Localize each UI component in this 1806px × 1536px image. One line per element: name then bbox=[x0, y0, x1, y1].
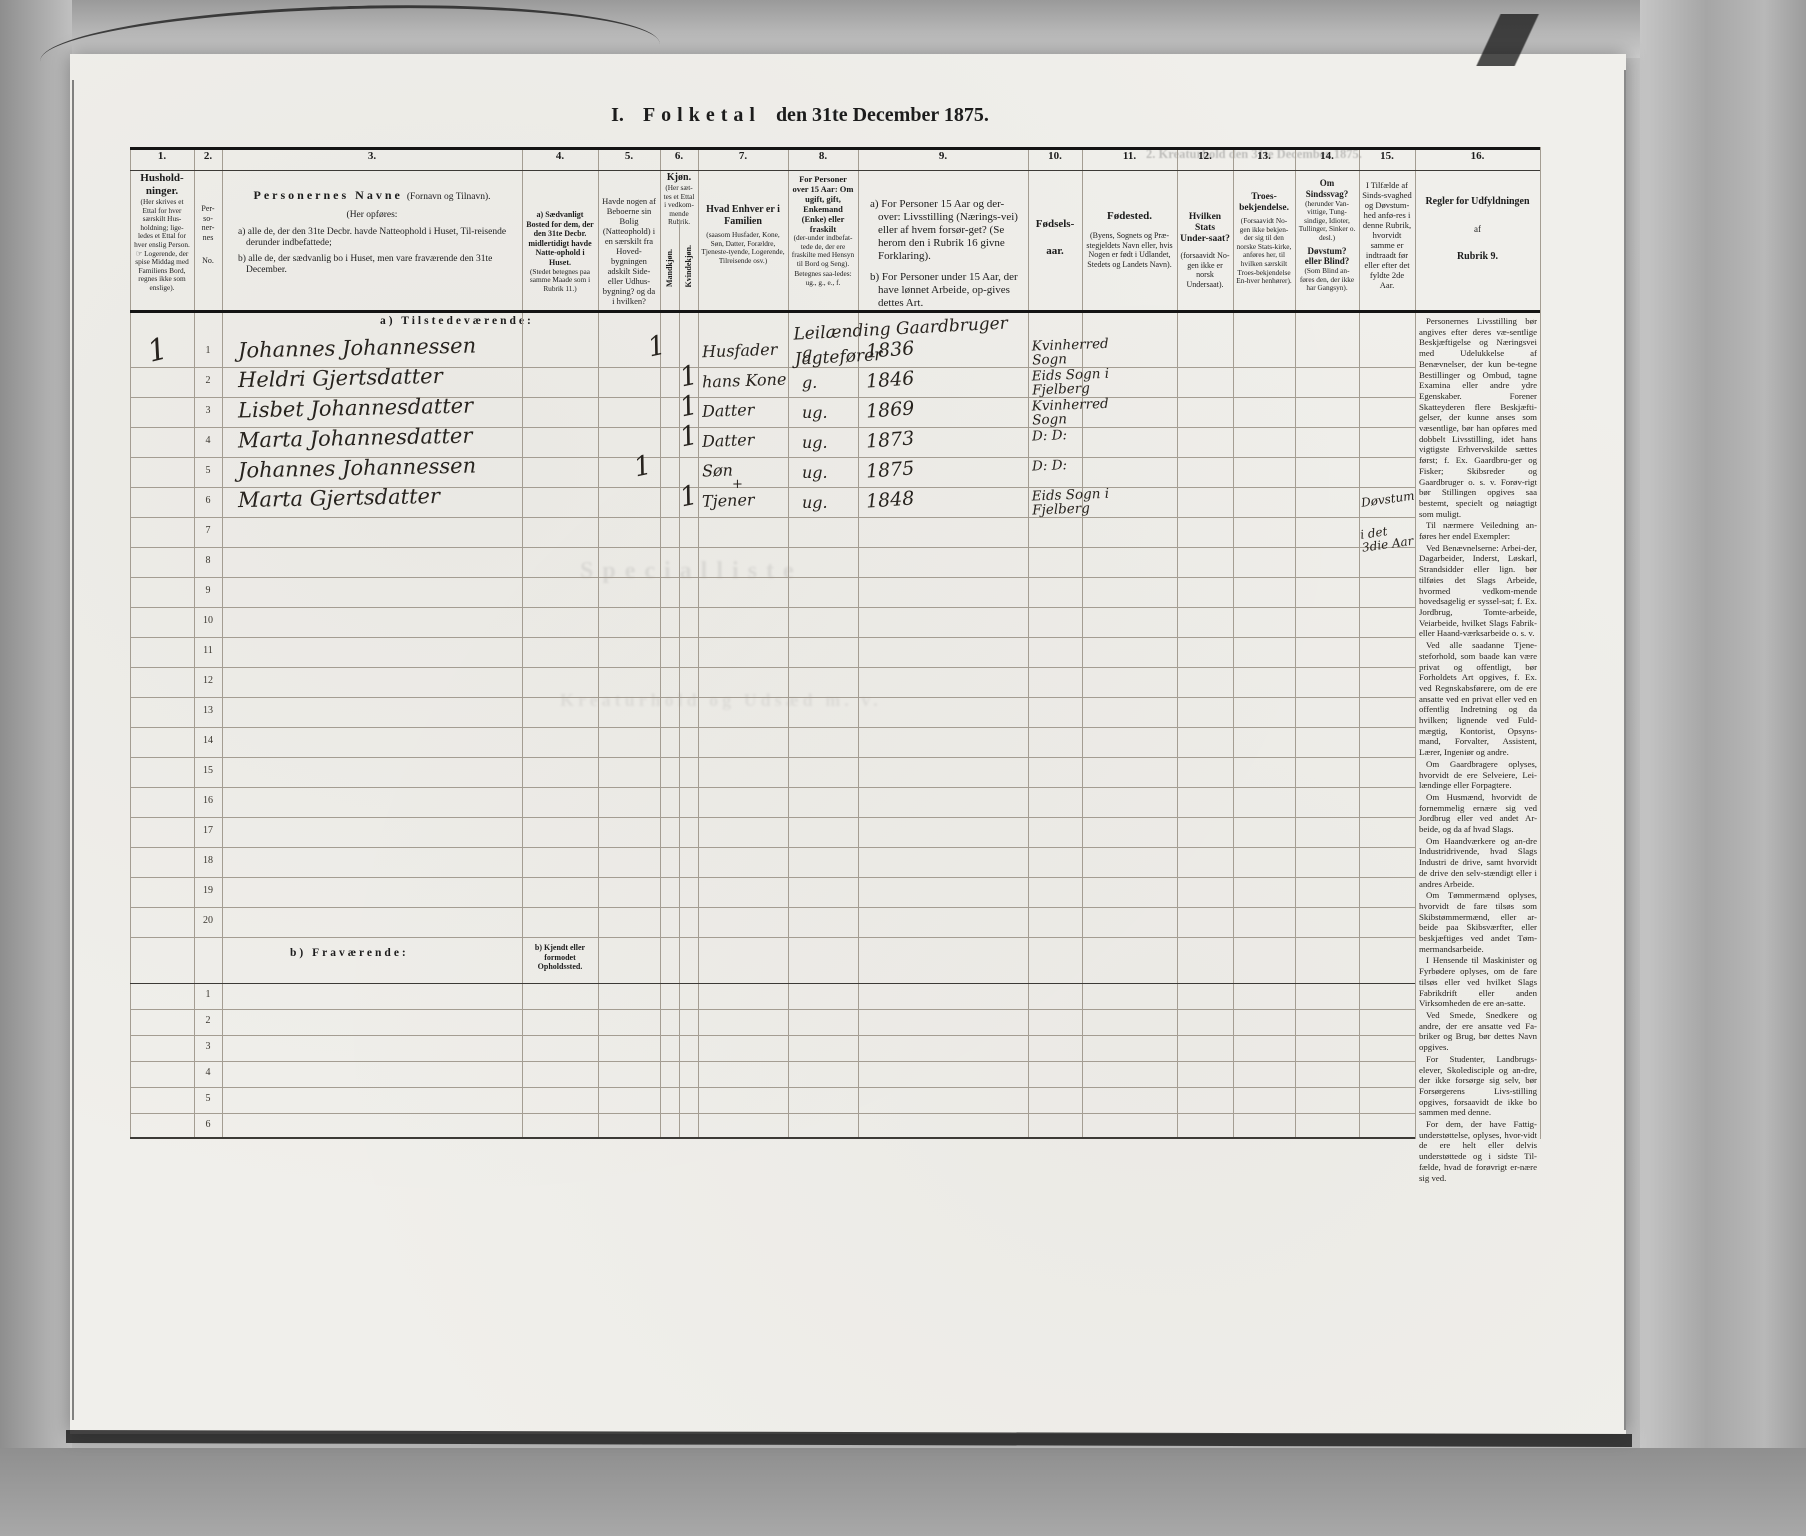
page-corner-artifact bbox=[1430, 14, 1580, 66]
row-number: 5 bbox=[194, 1093, 222, 1104]
grid-vline bbox=[1540, 147, 1541, 1139]
column-header-occupation: 9. a) For Personer 15 Aar og der-over: L… bbox=[858, 147, 1028, 310]
column-number: 2. bbox=[194, 150, 222, 162]
row-number: 11 bbox=[194, 645, 222, 656]
column-number: 15. bbox=[1359, 150, 1415, 162]
grid-hline bbox=[130, 1113, 1415, 1114]
column-title: aar. bbox=[1031, 245, 1079, 258]
birthplace: D: D: bbox=[1032, 457, 1116, 474]
rules-paragraph: Personernes Livsstilling bør angives eft… bbox=[1419, 316, 1537, 519]
rules-paragraph: Om Husmænd, hvorvidt de fornemmelig ernæ… bbox=[1419, 792, 1537, 835]
title-main: Folketal bbox=[643, 104, 761, 126]
grid-hline bbox=[130, 147, 1540, 150]
row-number: 6 bbox=[194, 1119, 222, 1130]
census-table: 1. Hushold-ninger. (Her skrives et Ettal… bbox=[130, 147, 1540, 1139]
row-number: 2 bbox=[194, 375, 222, 386]
column-title: Fødested. bbox=[1085, 210, 1174, 223]
column-title: nes bbox=[197, 233, 219, 243]
scan-border-bottom bbox=[0, 1448, 1806, 1536]
grid-vline bbox=[1177, 147, 1178, 1139]
column-number: 13. bbox=[1233, 150, 1295, 162]
grid-hline bbox=[130, 170, 1540, 171]
row-number: 5 bbox=[194, 465, 222, 476]
row-number: 3 bbox=[194, 405, 222, 416]
grid-vline bbox=[522, 147, 523, 1139]
column-title: ner- bbox=[197, 223, 219, 233]
column-note: b) For Personer under 15 Aar, der have l… bbox=[868, 271, 1018, 310]
sex-mark: 1 bbox=[677, 420, 700, 454]
grid-hline bbox=[130, 907, 1415, 908]
family-role: Datter bbox=[702, 430, 755, 451]
column-title: Fødsels- bbox=[1031, 218, 1079, 231]
section-b-residence-note: b) Kjendt eller formodet Opholdssted. bbox=[524, 943, 596, 972]
occupation: Leilænding Gaardbruger Jagtefører bbox=[793, 311, 1010, 372]
birth-year: 1873 bbox=[865, 427, 915, 452]
rules-paragraph: Ved alle saadanne Tjene-steforhold, som … bbox=[1419, 640, 1537, 758]
column-header-rules: 16. Regler for Udfyldningen af Rubrik 9. bbox=[1415, 147, 1540, 310]
row-number: 16 bbox=[194, 795, 222, 806]
page-title: I. Folketal den 31te December 1875. bbox=[450, 104, 1150, 127]
column-title: No. bbox=[197, 256, 219, 266]
column-header-outbuilding: 5. Havde nogen af Beboerne sin Bolig (Na… bbox=[598, 147, 660, 310]
grid-vline bbox=[130, 147, 131, 1139]
rules-paragraph: I Hensende til Maskinister og Fyrbødere … bbox=[1419, 955, 1537, 1009]
grid-vline bbox=[1295, 147, 1296, 1139]
rules-column-text: Personernes Livsstilling bør angives eft… bbox=[1419, 316, 1537, 1184]
row-number: 14 bbox=[194, 735, 222, 746]
grid-hline bbox=[130, 1009, 1415, 1010]
birth-year: 1869 bbox=[865, 397, 915, 422]
person-name: Marta Johannesdatter bbox=[238, 424, 473, 453]
scanned-census-page: I. Folketal den 31te December 1875. 2. K… bbox=[0, 0, 1806, 1536]
column-number: 6. bbox=[660, 150, 698, 162]
grid-vline bbox=[1028, 147, 1029, 1139]
row-number: 4 bbox=[194, 435, 222, 446]
column-header-usual-residence: 4. a) Sædvanligt Bosted for dem, der den… bbox=[522, 147, 598, 310]
grid-hline bbox=[130, 577, 1415, 578]
column-number: 12. bbox=[1177, 150, 1233, 162]
column-header-disability: 14. Om Sindssvag? (herunder Van-vittige,… bbox=[1295, 147, 1359, 310]
column-note: (forsaavidt No-gen ikke er norsk Undersa… bbox=[1180, 251, 1230, 289]
grid-vline bbox=[1359, 147, 1360, 1139]
column-header-family-position: 7. Hvad Enhver er i Familien (saasom Hus… bbox=[698, 147, 788, 310]
column-note: a) alle de, der den 31te Decbr. havde Na… bbox=[236, 227, 508, 249]
column-note: (Forsaavidt No-gen ikke bekjen-der sig t… bbox=[1236, 217, 1292, 286]
sex-mark: 1 bbox=[677, 360, 700, 394]
column-note: (Stedet betegnes paa samme Maade som i R… bbox=[525, 268, 595, 294]
household-number: 1 bbox=[144, 331, 171, 370]
grid-hline bbox=[130, 757, 1415, 758]
row-number: 6 bbox=[194, 495, 222, 506]
rules-paragraph: Om Gaardbragere oplyses, hvorvidt de ere… bbox=[1419, 759, 1537, 791]
column-title: Om Sindssvag? bbox=[1298, 178, 1356, 200]
column-header-creed: 13. Troes-bekjendelse. (Forsaavidt No-ge… bbox=[1233, 147, 1295, 310]
column-title: Døvstum? eller Blind? bbox=[1298, 246, 1356, 268]
sex-mark: 1 bbox=[645, 330, 668, 364]
column-header-marital-status: 8. For Personer over 15 Aar: Om ugift, g… bbox=[788, 147, 858, 310]
column-note: Betegnes saa-ledes: ug., g., e., f. bbox=[791, 270, 855, 287]
column-header-disability-onset: 15. I Tilfælde af Sinds-svaghed og Døvst… bbox=[1359, 147, 1415, 310]
marital-status: ug. bbox=[802, 433, 828, 452]
person-name: Johannes Johannessen bbox=[238, 454, 477, 483]
grid-hline bbox=[130, 847, 1415, 848]
person-name: Marta Gjertsdatter bbox=[238, 484, 440, 512]
column-note: ☞ Logerende, der spise Middag med Famili… bbox=[133, 250, 191, 293]
row-number: 4 bbox=[194, 1067, 222, 1078]
column-number: 4. bbox=[522, 150, 598, 162]
column-title: so- bbox=[197, 214, 219, 224]
grid-vline bbox=[679, 219, 680, 1139]
birthplace: Eids Sogn i Fjelberg bbox=[1032, 367, 1117, 398]
column-header-citizenship: 12. Hvilken Stats Under-saat? (forsaavid… bbox=[1177, 147, 1233, 310]
grid-vline bbox=[598, 147, 599, 1139]
column-note: a) For Personer 15 Aar og der-over: Livs… bbox=[868, 198, 1018, 263]
column-note: (der-under indbefat-tede de, der ere fra… bbox=[791, 234, 855, 268]
col15-note: i det 3die Aar bbox=[1359, 521, 1418, 555]
column-title: For Personer over 15 Aar: Om ugift, gift… bbox=[791, 174, 855, 234]
row-number: 9 bbox=[194, 585, 222, 596]
row-number: 19 bbox=[194, 885, 222, 896]
grid-hline bbox=[130, 727, 1415, 728]
grid-vline bbox=[1082, 147, 1083, 1139]
row-number: 3 bbox=[194, 1041, 222, 1052]
subcolumn-male: Mandkjøn. bbox=[660, 219, 679, 287]
column-number: 16. bbox=[1415, 150, 1540, 162]
column-title: I Tilfælde af Sinds-svaghed og Døvstum-h… bbox=[1362, 180, 1412, 290]
family-role: Datter bbox=[702, 400, 755, 421]
section-b-label: b) Fraværende: bbox=[290, 947, 409, 959]
column-number: 7. bbox=[698, 150, 788, 162]
rules-paragraph: Ved Benævnelserne: Arbei-der, Dagarbeide… bbox=[1419, 543, 1537, 639]
column-title: af bbox=[1418, 224, 1537, 235]
family-role: Tjener bbox=[702, 490, 755, 511]
person-name: Johannes Johannessen bbox=[238, 334, 477, 363]
rules-paragraph: For dem, der have Fattig-understøttelse,… bbox=[1419, 1119, 1537, 1183]
person-name: Heldri Gjertsdatter bbox=[238, 364, 443, 392]
column-number: 5. bbox=[598, 150, 660, 162]
grid-hline bbox=[130, 667, 1415, 668]
row-number: 18 bbox=[194, 855, 222, 866]
row-number: 1 bbox=[194, 345, 222, 356]
column-title: Hvad Enhver er i Familien bbox=[701, 204, 785, 228]
column-header-names: 3. Personernes Navne (Fornavn og Tilnavn… bbox=[222, 147, 522, 310]
column-number: 9. bbox=[858, 150, 1028, 162]
grid-hline bbox=[130, 1035, 1415, 1036]
column-note: (Her opføres: bbox=[236, 210, 508, 221]
row-number: 10 bbox=[194, 615, 222, 626]
column-title: (Fornavn og Tilnavn). bbox=[407, 192, 491, 202]
column-number: 8. bbox=[788, 150, 858, 162]
birthplace: D: D: bbox=[1032, 427, 1116, 444]
column-note: (Byens, Sognets og Præ-stegjeldets Navn … bbox=[1085, 231, 1174, 269]
birth-year: 1875 bbox=[865, 457, 915, 482]
row-number: 13 bbox=[194, 705, 222, 716]
family-role-mark: + bbox=[732, 477, 743, 492]
subcolumn-female: Kvindekjøn. bbox=[679, 219, 698, 287]
column-title: a) Sædvanligt Bosted for dem, der den 31… bbox=[525, 210, 595, 268]
rules-paragraph: Til nærmere Veiledning an-føres her ende… bbox=[1419, 520, 1537, 541]
row-number: 2 bbox=[194, 1015, 222, 1026]
row-number: 8 bbox=[194, 555, 222, 566]
title-prefix: I. bbox=[611, 104, 624, 126]
column-number: 14. bbox=[1295, 150, 1359, 162]
person-name: Lisbet Johannesdatter bbox=[238, 394, 474, 423]
marital-status: g. bbox=[802, 373, 817, 392]
column-title: Regler for Udfyldningen bbox=[1418, 196, 1537, 208]
grid-vline bbox=[1415, 147, 1416, 1139]
rules-paragraph: Om Haandværkere og an-dre Industridriven… bbox=[1419, 836, 1537, 890]
column-title: Hushold-ninger. bbox=[133, 172, 191, 198]
column-header-birth-year: 10. Fødsels- aar. bbox=[1028, 147, 1082, 310]
birthplace: Eids Sogn i Fjelberg bbox=[1032, 487, 1117, 518]
column-header-birthplace: 11. Fødested. (Byens, Sognets og Præ-ste… bbox=[1082, 147, 1177, 310]
marital-status: ug. bbox=[802, 463, 828, 482]
grid-vline bbox=[660, 147, 661, 1139]
column-note: (saasom Husfader, Kone, Søn, Datter, For… bbox=[701, 231, 785, 265]
grid-vline bbox=[222, 147, 223, 1139]
grid-hline bbox=[130, 607, 1415, 608]
family-role: Søn bbox=[702, 460, 734, 480]
column-number: 10. bbox=[1028, 150, 1082, 162]
family-role: Husfader bbox=[702, 340, 778, 362]
grid-vline bbox=[1233, 147, 1234, 1139]
sex-mark: 1 bbox=[631, 450, 654, 484]
rules-paragraph: For Studenter, Landbrugs-elever, Skoledi… bbox=[1419, 1054, 1537, 1118]
marital-status: ug. bbox=[802, 493, 828, 512]
column-note: (herunder Van-vittige, Tung-sindige, Idi… bbox=[1298, 200, 1356, 243]
grid-vline bbox=[858, 147, 859, 1139]
grid-hline bbox=[130, 877, 1415, 878]
col15-note: Døvstum bbox=[1360, 489, 1417, 510]
column-title: Troes-bekjendelse. bbox=[1236, 192, 1292, 214]
column-title: Personernes Navne bbox=[254, 188, 403, 202]
column-title: Rubrik 9. bbox=[1418, 251, 1537, 263]
column-header-person-no: 2. Per- so- ner- nes No. bbox=[194, 147, 222, 310]
grid-hline bbox=[130, 310, 1540, 313]
birthplace: Kvinherred Sogn bbox=[1032, 397, 1117, 428]
marital-status: ug. bbox=[802, 403, 828, 422]
subcolumn-label: Mandkjøn. bbox=[665, 249, 674, 287]
row-number: 17 bbox=[194, 825, 222, 836]
grid-hline bbox=[130, 1137, 1415, 1139]
column-number: 3. bbox=[222, 150, 522, 162]
sex-mark: 1 bbox=[677, 390, 700, 424]
column-note: (Som Blind an-føres den, der ikke har Ga… bbox=[1298, 267, 1356, 293]
title-rest: den 31te December 1875. bbox=[776, 104, 989, 126]
row-number: 12 bbox=[194, 675, 222, 686]
grid-hline bbox=[130, 517, 1415, 518]
grid-hline bbox=[130, 1087, 1415, 1088]
column-note: b) alle de, der sædvanlig bo i Huset, me… bbox=[236, 254, 508, 276]
grid-hline bbox=[130, 547, 1415, 548]
grid-hline bbox=[130, 983, 1415, 984]
subcolumn-label: Kvindekjøn. bbox=[684, 245, 693, 287]
grid-hline bbox=[130, 787, 1415, 788]
column-title: Havde nogen af Beboerne sin Bolig (Natte… bbox=[601, 196, 657, 306]
rules-paragraph: Ved Smede, Snedkere og andre, der ere an… bbox=[1419, 1010, 1537, 1053]
rules-paragraph: Om Tømmermænd oplyses, hvorvidt de fare … bbox=[1419, 890, 1537, 954]
birthplace: Kvinherred Sogn bbox=[1032, 337, 1117, 368]
grid-vline bbox=[788, 147, 789, 1139]
grid-hline bbox=[130, 697, 1415, 698]
grid-hline bbox=[130, 937, 1415, 938]
grid-vline bbox=[698, 147, 699, 1139]
scan-border-left bbox=[0, 0, 72, 1536]
row-number: 7 bbox=[194, 525, 222, 536]
grid-hline bbox=[130, 1061, 1415, 1062]
column-note: (Her skrives et Ettal for hver særskilt … bbox=[133, 198, 191, 250]
section-a-label: a) Tilstedeværende: bbox=[380, 315, 534, 327]
grid-hline bbox=[130, 817, 1415, 818]
column-title: Per- bbox=[197, 204, 219, 214]
column-number: 1. bbox=[130, 150, 194, 162]
row-number: 15 bbox=[194, 765, 222, 776]
grid-hline bbox=[130, 637, 1415, 638]
row-number: 1 bbox=[194, 989, 222, 1000]
birth-year: 1848 bbox=[865, 487, 915, 512]
scan-border-right bbox=[1640, 0, 1806, 1536]
birth-year: 1846 bbox=[865, 367, 915, 392]
column-title: Hvilken Stats Under-saat? bbox=[1180, 212, 1230, 245]
column-number: 11. bbox=[1082, 150, 1177, 162]
column-header-households: 1. Hushold-ninger. (Her skrives et Ettal… bbox=[130, 147, 194, 310]
family-role: hans Kone bbox=[702, 370, 787, 392]
sex-mark: 1 bbox=[677, 480, 700, 514]
row-number: 20 bbox=[194, 915, 222, 926]
